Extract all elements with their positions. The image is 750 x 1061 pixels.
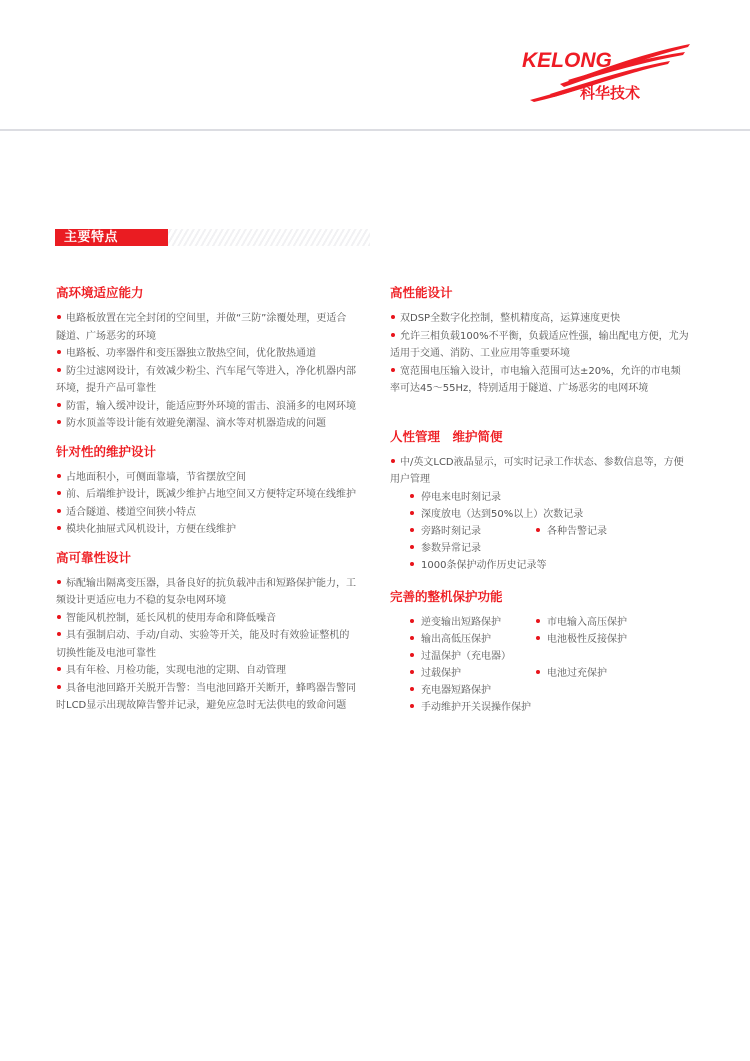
bullet-icon — [410, 528, 414, 532]
protection-item: 电池过充保护 — [536, 665, 662, 682]
list-item: 宽范围电压输入设计，市电输入范围可达±20%，允许的市电频率可达45～55Hz，… — [390, 363, 690, 398]
section-title: 主要特点 — [64, 229, 118, 246]
bullet-icon — [410, 653, 414, 657]
protection-item: 逆变输出短路保护 — [410, 614, 536, 631]
list-item: 具备电池回路开关脱开告警：当电池回路开关断开，蜂鸣器告警同时LCD显示出现故障告… — [56, 680, 356, 715]
protection-item: 手动维护开关误操作保护 — [390, 699, 690, 716]
list-item: 中/英文LCD液晶显示，可实时记录工作状态、参数信息等，方便用户管理 — [390, 454, 690, 489]
record-row: 旁路时刻记录 各种告警记录 — [390, 523, 690, 540]
section-reliability: 高可靠性设计 标配输出隔离变压器，具备良好的抗负载冲击和短路保护能力，工频设计更… — [56, 549, 356, 715]
bullet-icon — [410, 670, 414, 674]
list-item: 防水顶盖等设计能有效避免潮湿、滴水等对机器造成的问题 — [56, 415, 356, 433]
protection-item: 市电输入高压保护 — [536, 614, 662, 631]
protection-row: 逆变输出短路保护 市电输入高压保护 — [390, 614, 690, 631]
bullet-icon — [57, 509, 61, 513]
svg-text:KELONG: KELONG — [522, 49, 612, 72]
record-item: 各种告警记录 — [536, 523, 662, 540]
list-item: 标配输出隔离变压器，具备良好的抗负载冲击和短路保护能力，工频设计更适应电力不稳的… — [56, 575, 356, 610]
header-separator — [0, 129, 750, 131]
bullet-icon — [57, 526, 61, 530]
section-title-bar: 主要特点 — [55, 229, 370, 246]
section-heading: 高可靠性设计 — [56, 549, 356, 567]
right-column: 高性能设计 双DSP全数字化控制，整机精度高，运算速度更快 允许三相负载100%… — [390, 284, 690, 726]
title-tab: 主要特点 — [55, 229, 168, 246]
bullet-icon — [57, 580, 61, 584]
list-item: 具有年检、月检功能，实现电池的定期、自动管理 — [56, 662, 356, 680]
bullet-icon — [57, 315, 61, 319]
protection-item: 输出高低压保护 — [410, 631, 536, 648]
list-item: 防尘过滤网设计，有效减少粉尘、汽车尾气等进入，净化机器内部环境，提升产品可靠性 — [56, 363, 356, 398]
record-item: 深度放电（达到50%以上）次数记录 — [390, 506, 690, 523]
section-maintenance: 针对性的维护设计 占地面积小，可侧面靠墙，节省摆放空间 前、后端维护设计，既减少… — [56, 443, 356, 539]
section-environment: 高环境适应能力 电路板放置在完全封闭的空间里，并做“三防”涂覆处理，更适合隧道、… — [56, 284, 356, 433]
list-item: 适合隧道、楼道空间狭小特点 — [56, 504, 356, 522]
bullet-icon — [536, 619, 540, 623]
bullet-icon — [57, 420, 61, 424]
list-item: 前、后端维护设计，既减少维护占地空间又方便特定环境在线维护 — [56, 486, 356, 504]
bullet-icon — [410, 511, 414, 515]
list-item: 双DSP全数字化控制，整机精度高，运算速度更快 — [390, 310, 690, 328]
protection-item: 电池极性反接保护 — [536, 631, 662, 648]
bullet-icon — [57, 632, 61, 636]
svg-text:科华技术: 科华技术 — [579, 84, 640, 102]
record-item: 停电来电时刻记录 — [390, 489, 690, 506]
section-heading: 针对性的维护设计 — [56, 443, 356, 461]
section-heading: 高性能设计 — [390, 284, 690, 302]
title-hatch-decoration — [168, 229, 370, 246]
record-item: 旁路时刻记录 — [410, 523, 536, 540]
protection-item: 过载保护 — [410, 665, 536, 682]
bullet-icon — [57, 615, 61, 619]
bullet-icon — [410, 494, 414, 498]
record-item: 参数异常记录 — [390, 540, 690, 557]
section-heading: 完善的整机保护功能 — [390, 588, 690, 606]
bullet-icon — [536, 528, 540, 532]
bullet-icon — [391, 315, 395, 319]
protection-item: 充电器短路保护 — [390, 682, 690, 699]
list-item: 电路板、功率器件和变压器独立散热空间，优化散热通道 — [56, 345, 356, 363]
list-item: 具有强制启动、手动/自动、实验等开关，能及时有效验证整机的切换性能及电池可靠性 — [56, 627, 356, 662]
protection-row: 输出高低压保护 电池极性反接保护 — [390, 631, 690, 648]
bullet-icon — [57, 403, 61, 407]
bullet-icon — [391, 459, 395, 463]
section-heading: 高环境适应能力 — [56, 284, 356, 302]
bullet-icon — [410, 636, 414, 640]
bullet-icon — [57, 667, 61, 671]
bullet-icon — [410, 545, 414, 549]
section-management: 人性管理 维护简便 中/英文LCD液晶显示，可实时记录工作状态、参数信息等，方便… — [390, 428, 690, 574]
list-item: 电路板放置在完全封闭的空间里，并做“三防”涂覆处理，更适合隧道、广场恶劣的环境 — [56, 310, 356, 345]
bullet-icon — [57, 350, 61, 354]
bullet-icon — [410, 687, 414, 691]
list-item: 智能风机控制，延长风机的使用寿命和降低噪音 — [56, 610, 356, 628]
bullet-icon — [410, 619, 414, 623]
protection-row: 过载保护 电池过充保护 — [390, 665, 690, 682]
swoosh-logo-icon: KELONG 科华技术 — [520, 40, 690, 102]
bullet-icon — [57, 685, 61, 689]
list-item: 防雷，输入缓冲设计，能适应野外环境的雷击、浪涌多的电网环境 — [56, 398, 356, 416]
kelong-logo: KELONG 科华技术 — [520, 40, 690, 102]
list-item: 模块化抽屉式风机设计，方便在线维护 — [56, 521, 356, 539]
bullet-icon — [391, 368, 395, 372]
record-item: 1000条保护动作历史记录等 — [390, 557, 690, 574]
bullet-icon — [536, 670, 540, 674]
list-item: 允许三相负载100%不平衡，负载适应性强，输出配电方便，尤为适用于交通、消防、工… — [390, 328, 690, 363]
section-heading: 人性管理 维护简便 — [390, 428, 690, 446]
section-performance: 高性能设计 双DSP全数字化控制，整机精度高，运算速度更快 允许三相负载100%… — [390, 284, 690, 398]
list-item: 占地面积小，可侧面靠墙，节省摆放空间 — [56, 469, 356, 487]
protection-item: 过温保护（充电器） — [390, 648, 690, 665]
bullet-icon — [410, 704, 414, 708]
bullet-icon — [57, 474, 61, 478]
bullet-icon — [536, 636, 540, 640]
bullet-icon — [391, 333, 395, 337]
bullet-icon — [57, 368, 61, 372]
bullet-icon — [410, 562, 414, 566]
left-column: 高环境适应能力 电路板放置在完全封闭的空间里，并做“三防”涂覆处理，更适合隧道、… — [56, 284, 356, 725]
bullet-icon — [57, 491, 61, 495]
section-protection: 完善的整机保护功能 逆变输出短路保护 市电输入高压保护 输出高低压保护 电池极性… — [390, 588, 690, 716]
